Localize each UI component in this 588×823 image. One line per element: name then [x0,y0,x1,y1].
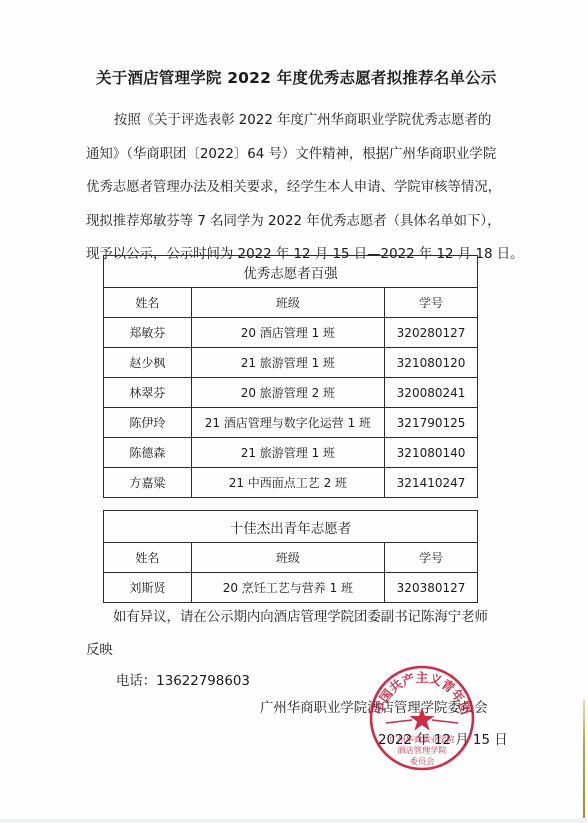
cell-name: 刘斯贤 [104,573,192,603]
table-row: 赵少枫 21 旅游管理 1 班 321080120 [104,348,478,378]
objection-text: 如有异议，请在公示期内向酒店管理学院团委副书记陈海宁老师 [113,606,488,625]
contact-phone: 电话：13622798603 [116,670,250,689]
header-name: 姓名 [104,543,192,573]
header-id: 学号 [385,543,478,573]
cell-class: 20 酒店管理 1 班 [191,318,384,348]
paragraph-line: 通知》（华商职团〔2022〕64 号）文件精神，根据广州华商职业学院 [86,138,506,172]
table-caption: 优秀志愿者百强 [104,256,478,288]
top-100-volunteers-table: 优秀志愿者百强 姓名 班级 学号 郑敏芬 20 酒店管理 1 班 3202801… [103,255,478,498]
cell-class: 20 旅游管理 2 班 [191,378,384,408]
svg-text:广州华商职业学院: 广州华商职业学院 [389,734,455,744]
table-caption: 十佳杰出青年志愿者 [104,511,478,543]
cell-name: 方嘉粱 [104,468,192,498]
cell-class: 21 旅游管理 1 班 [191,438,384,468]
objection-text-continued: 反映 [86,639,113,658]
cell-class: 21 中西面点工艺 2 班 [191,468,384,498]
cell-name: 赵少枫 [104,348,192,378]
cell-name: 郑敏芬 [104,318,192,348]
viewer-bottom-band [0,819,588,823]
cell-id: 320080241 [385,378,478,408]
table-row: 林翠芬 20 旅游管理 2 班 320080241 [104,378,478,408]
cell-id: 321410247 [385,468,478,498]
star-icon [410,707,435,731]
table-header-row: 姓名 班级 学号 [104,288,478,318]
paragraph-line: 优秀志愿者管理办法及相关要求，经学生本人申请、学院审核等情况， [86,171,506,205]
table-header-row: 姓名 班级 学号 [104,543,478,573]
table-row: 陈德森 21 旅游管理 1 班 321080140 [104,438,478,468]
svg-text:酒店管理学院: 酒店管理学院 [397,745,446,755]
top-10-youth-volunteers-table: 十佳杰出青年志愿者 姓名 班级 学号 刘斯贤 20 烹饪工艺与营养 1 班 32… [103,510,478,603]
official-seal-icon: 中国共产主义青年团 广州华商职业学院 酒店管理学院 委员会 [368,664,476,772]
document-title: 关于酒店管理学院 2022 年度优秀志愿者拟推荐名单公示 [96,66,516,88]
paragraph-line: 现拟推荐郑敏芬等 7 名同学为 2022 年优秀志愿者（具体名单如下）， [86,205,506,239]
cell-name: 陈德森 [104,438,192,468]
header-class: 班级 [191,543,384,573]
cell-class: 21 酒店管理与数字化运营 1 班 [191,408,384,438]
svg-text:委员会: 委员会 [410,756,435,766]
header-id: 学号 [385,288,478,318]
cell-id: 320280127 [385,318,478,348]
table-row: 方嘉粱 21 中西面点工艺 2 班 321410247 [104,468,478,498]
header-name: 姓名 [104,288,192,318]
cell-name: 林翠芬 [104,378,192,408]
table-row: 陈伊玲 21 酒店管理与数字化运营 1 班 321790125 [104,408,478,438]
paper-edge [583,700,585,818]
cell-name: 陈伊玲 [104,408,192,438]
table-row: 郑敏芬 20 酒店管理 1 班 320280127 [104,318,478,348]
table-row: 刘斯贤 20 烹饪工艺与营养 1 班 320380127 [104,573,478,603]
cell-id: 321790125 [385,408,478,438]
cell-id: 321080120 [385,348,478,378]
cell-class: 20 烹饪工艺与营养 1 班 [191,573,384,603]
body-paragraph: 按照《关于评选表彰 2022 年度广州华商职业学院优秀志愿者的 通知》（华商职团… [86,104,506,272]
header-class: 班级 [191,288,384,318]
cell-id: 321080140 [385,438,478,468]
cell-id: 320380127 [385,573,478,603]
cell-class: 21 旅游管理 1 班 [191,348,384,378]
paragraph-line: 按照《关于评选表彰 2022 年度广州华商职业学院优秀志愿者的 [86,104,506,138]
